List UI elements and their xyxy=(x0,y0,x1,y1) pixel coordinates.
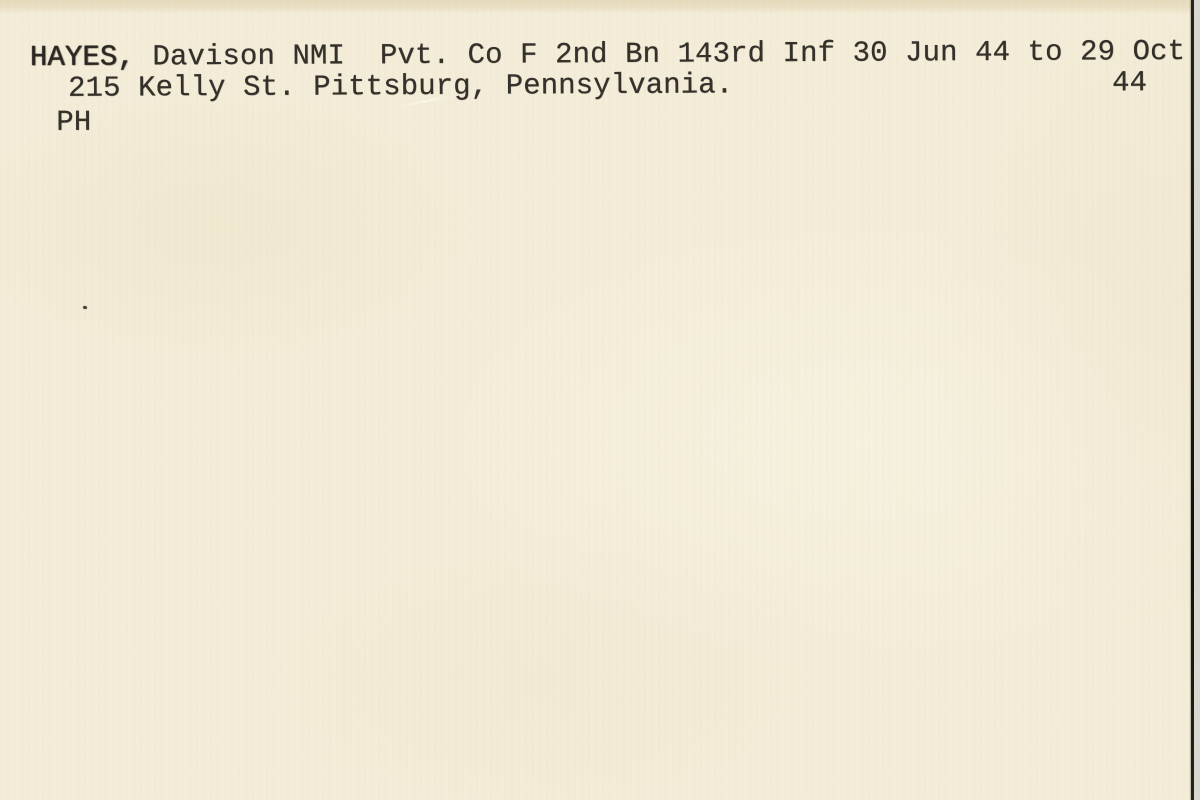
award-abbreviation: PH xyxy=(56,108,91,137)
soldier-name: HAYES, xyxy=(30,41,135,75)
scan-backing-strip xyxy=(1194,0,1200,800)
scanned-card: HAYES, Davison NMI Pvt. Co F 2nd Bn 143r… xyxy=(0,0,1200,800)
rank-unit-dates: Davison NMI Pvt. Co F 2nd Bn 143rd Inf 3… xyxy=(135,35,1185,73)
service-record-line: HAYES, Davison NMI Pvt. Co F 2nd Bn 143r… xyxy=(30,37,1185,72)
ink-speck xyxy=(83,305,88,309)
year-continuation: 44 xyxy=(1112,68,1147,97)
address-line: 215 Kelly St. Pittsburg, Pennsylvania. xyxy=(68,70,733,102)
typed-text-block: HAYES, Davison NMI Pvt. Co F 2nd Bn 143r… xyxy=(0,0,1200,300)
